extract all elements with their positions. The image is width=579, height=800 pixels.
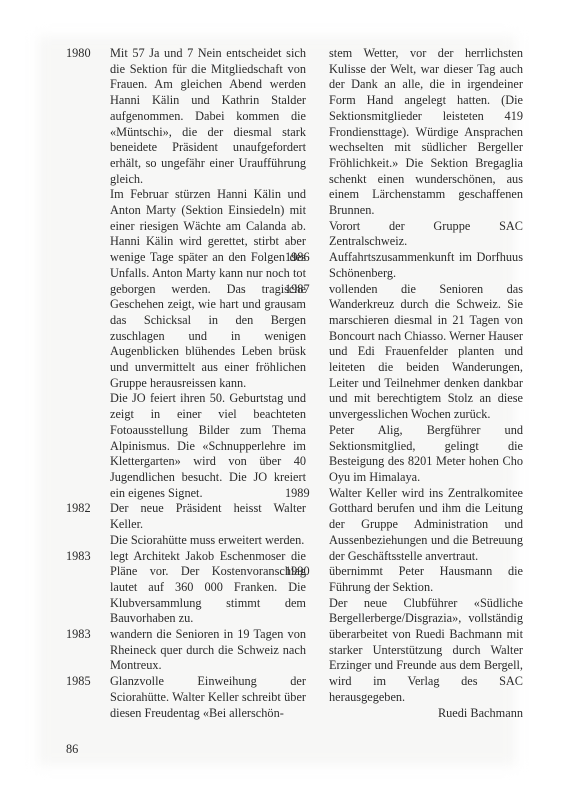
entry-paragraph: Die JO feiert ihren 50. Geburtstag und z…: [110, 391, 306, 501]
chronicle-entry-1985: 1985 Glanzvolle Einweihung der Sciorahüt…: [66, 674, 306, 721]
entry-paragraph: übernimmt Peter Hausmann die Führung der…: [329, 564, 523, 595]
entry-year: 1987: [285, 282, 329, 486]
entry-year: 1990: [285, 564, 329, 721]
entry-paragraph: Der neue Präsident heisst Walter Keller.: [110, 501, 306, 532]
entry-paragraph: Die Sciorahütte muss erweitert werden.: [110, 533, 306, 549]
entry-year: 1986: [285, 250, 329, 281]
chronicle-entry-1980: 1980 Mit 57 Ja und 7 Nein entscheidet si…: [66, 46, 306, 501]
entry-paragraph: legt Architekt Jakob Eschenmoser die Plä…: [110, 549, 306, 628]
entry-paragraph: vollenden die Senioren das Wanderkreuz d…: [329, 282, 523, 423]
chronicle-entry-1990: 1990 übernimmt Peter Hausmann die Führun…: [285, 564, 523, 721]
entry-year: 1983: [66, 549, 110, 628]
chronicle-entry-1983b: 1983 wandern die Senioren in 19 Tagen vo…: [66, 627, 306, 674]
entry-paragraph: Im Februar stürzen Hanni Kälin und Anton…: [110, 187, 306, 391]
chronicle-entry-1989: 1989 Walter Keller wird ins Zentralkomit…: [285, 486, 523, 565]
entry-year: [285, 46, 329, 250]
entry-paragraph: stem Wetter, vor der herrlichsten Kuliss…: [329, 46, 523, 219]
right-column: stem Wetter, vor der herrlichsten Kuliss…: [285, 46, 523, 721]
entry-paragraph: Peter Alig, Bergführer und Sektionsmitgl…: [329, 423, 523, 486]
page-number: 86: [66, 742, 78, 757]
entry-paragraph: Auffahrtszusammenkunft im Dorfhuus Schön…: [329, 250, 523, 281]
entry-year: 1982: [66, 501, 110, 548]
entry-year: 1983: [66, 627, 110, 674]
entry-paragraph: Walter Keller wird ins Zentralkomitee Go…: [329, 486, 523, 565]
entry-year: 1985: [66, 674, 110, 721]
entry-paragraph: Glanzvolle Einweihung der Sciorahütte. W…: [110, 674, 306, 721]
entry-paragraph: Der neue Clubführer «Südliche Bergellerb…: [329, 596, 523, 706]
chronicle-entry-1982: 1982 Der neue Präsident heisst Walter Ke…: [66, 501, 306, 548]
author-signature: Ruedi Bachmann: [329, 706, 523, 722]
entry-year: 1989: [285, 486, 329, 565]
chronicle-entry-1983a: 1983 legt Architekt Jakob Eschenmoser di…: [66, 549, 306, 628]
entry-paragraph: Mit 57 Ja und 7 Nein entscheidet sich di…: [110, 46, 306, 187]
chronicle-entry-1985-continued: stem Wetter, vor der herrlichsten Kuliss…: [285, 46, 523, 250]
left-column: 1980 Mit 57 Ja und 7 Nein entscheidet si…: [66, 46, 306, 721]
entry-year: 1980: [66, 46, 110, 501]
chronicle-entry-1987: 1987 vollenden die Senioren das Wanderkr…: [285, 282, 523, 486]
entry-paragraph: Vorort der Gruppe SAC Zentralschweiz.: [329, 219, 523, 250]
entry-paragraph: wandern die Senioren in 19 Tagen von Rhe…: [110, 627, 306, 674]
chronicle-entry-1986: 1986 Auffahrtszusammenkunft im Dorfhuus …: [285, 250, 523, 281]
